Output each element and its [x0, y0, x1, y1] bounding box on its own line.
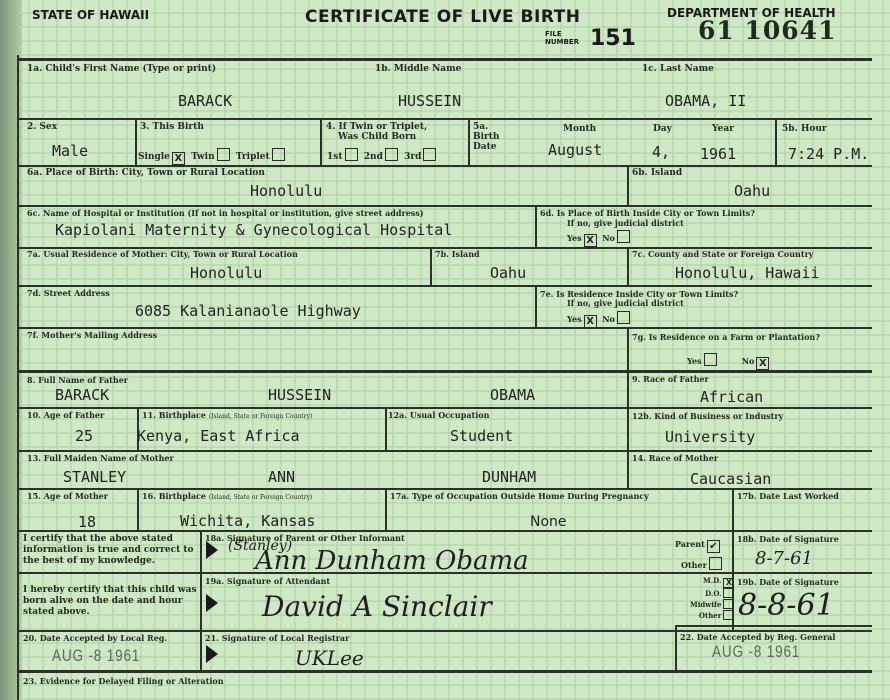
col-divider — [385, 488, 387, 530]
hospital-name: Kapiolani Maternity & Gynecological Hosp… — [55, 222, 452, 238]
twin-checkbox[interactable] — [217, 148, 230, 161]
midwife-checkbox[interactable] — [723, 599, 734, 609]
place-island-label: 6b. Island — [632, 168, 682, 178]
second-label: 2nd — [364, 152, 383, 162]
residence-county-label: 7c. County and State or Foreign Country — [632, 249, 813, 259]
number-label: NUMBER — [545, 38, 579, 46]
header-rule — [17, 58, 872, 61]
md-label: M.D. — [703, 576, 721, 585]
col-divider — [627, 165, 629, 205]
street-address: 6085 Kalanianaole Highway — [135, 303, 361, 319]
section-divider — [17, 370, 872, 373]
no-label: No — [742, 356, 755, 366]
col-divider — [200, 630, 202, 670]
father-first-name: BARACK — [55, 387, 109, 403]
mother-first-name: STANLEY — [63, 469, 126, 485]
row-divider — [17, 450, 872, 452]
twin-label: Twin — [191, 152, 214, 162]
row-divider — [675, 625, 872, 627]
mother-last-name: DUNHAM — [482, 469, 536, 485]
place-yes-checkbox[interactable]: X — [584, 234, 597, 247]
midwife-label: Midwife — [690, 600, 721, 609]
place-inside-limits-options: YesX No — [567, 230, 630, 247]
father-business: University — [665, 429, 755, 445]
row-divider — [17, 670, 872, 673]
father-birthplace-sublabel: (Island, State or Foreign Country) — [209, 413, 313, 420]
mother-occupation-label: 17a. Type of Occupation Outside Home Dur… — [390, 491, 649, 501]
local-registrar-signature[interactable]: UKLee — [295, 646, 364, 670]
first-checkbox[interactable] — [345, 148, 358, 161]
place-island: Oahu — [734, 183, 770, 199]
row-divider — [17, 118, 872, 120]
residence-inside-limits-options: YesX No — [567, 311, 630, 328]
file-label: FILE — [545, 30, 579, 38]
local-date-label: 20. Date Accepted by Local Reg. — [23, 633, 167, 643]
do-label: D.O. — [705, 589, 721, 598]
father-birthplace-label-text: 11. Birthplace — [142, 410, 206, 420]
farm-yes-checkbox[interactable] — [704, 353, 717, 366]
father-birthplace: Kenya, East Africa — [137, 428, 300, 444]
father-business-label: 12b. Kind of Business or Industry — [632, 411, 783, 421]
residence-city-label: 7a. Usual Residence of Mother: City, Tow… — [27, 249, 298, 259]
birth-date-label: 5a. Birth Date — [473, 122, 499, 152]
other-label: Other — [681, 560, 707, 570]
twin-order-label-line2: Was Child Born — [326, 132, 427, 142]
attendant-signature-label: 19a. Signature of Attendant — [205, 576, 330, 586]
do-checkbox[interactable] — [723, 588, 734, 598]
single-checkbox[interactable]: X — [172, 152, 185, 165]
sign-here-arrow-icon — [206, 541, 218, 559]
hospital-label: 6c. Name of Hospital or Institution (If … — [27, 208, 424, 218]
residence-island: Oahu — [490, 265, 526, 281]
informant-date: 8-7-61 — [755, 548, 813, 569]
father-race: African — [700, 389, 763, 405]
child-middle-name: HUSSEIN — [398, 93, 461, 109]
certificate-paper: STATE OF HAWAII CERTIFICATE OF LIVE BIRT… — [0, 0, 890, 700]
mother-birthplace: Wichita, Kansas — [180, 513, 315, 529]
second-checkbox[interactable] — [385, 148, 398, 161]
child-last-name: OBAMA, II — [665, 93, 746, 109]
col-divider — [675, 625, 677, 670]
col-divider — [627, 327, 629, 370]
file-number-label: FILE NUMBER — [545, 30, 579, 46]
col-divider — [775, 118, 777, 165]
farm-label: 7g. Is Residence on a Farm or Plantation… — [632, 332, 820, 342]
col-divider — [430, 247, 432, 285]
informant-date-label: 18b. Date of Signature — [737, 534, 839, 544]
child-middle-name-label: 1b. Middle Name — [375, 64, 461, 74]
attendant-date: 8-8-61 — [738, 588, 835, 623]
last-worked-label: 17b. Date Last Worked — [737, 491, 839, 501]
md-checkbox[interactable]: X — [723, 578, 734, 588]
triplet-label: Triplet — [236, 152, 270, 162]
parent-checkbox[interactable]: ✔ — [707, 540, 720, 553]
hour-label: 5b. Hour — [782, 124, 827, 134]
yes-label: Yes — [687, 356, 702, 366]
residence-city: Honolulu — [190, 265, 262, 281]
col-divider — [535, 205, 537, 247]
attendant-date-label: 19b. Date of Signature — [737, 577, 839, 587]
birth-day: 4, — [652, 144, 670, 160]
row-divider — [17, 530, 872, 532]
mother-age-label: 15. Age of Mother — [27, 491, 108, 501]
mother-race-label: 14. Race of Mother — [632, 453, 718, 463]
state-heading: STATE OF HAWAII — [32, 8, 149, 22]
place-city: Honolulu — [250, 183, 322, 199]
col-divider — [627, 450, 629, 488]
third-label: 3rd — [404, 152, 421, 162]
day-label: Day — [653, 124, 672, 134]
col-divider — [135, 118, 137, 165]
birth-date-label-line3: Date — [473, 142, 499, 152]
father-birthplace-label: 11. Birthplace (Island, State or Foreign… — [142, 410, 312, 422]
month-label: Month — [563, 124, 596, 134]
twin-order-label-line1: 4. If Twin or Triplet, — [326, 122, 427, 132]
mother-race: Caucasian — [690, 471, 771, 487]
twin-order-options: 1st 2nd 3rd — [327, 148, 436, 162]
row-divider — [17, 488, 872, 490]
mother-birthplace-label: 16. Birthplace (Island, State or Foreign… — [142, 491, 312, 503]
row-divider — [17, 407, 872, 409]
father-age-label: 10. Age of Father — [27, 410, 104, 420]
evidence-label: 23. Evidence for Delayed Filing or Alter… — [23, 676, 224, 686]
child-first-name-label: 1a. Child's First Name (Type or print) — [27, 64, 216, 74]
attendant-certification-text: I hereby certify that this child was bor… — [23, 585, 198, 618]
mother-birthplace-sublabel: (Island, State or Foreign Country) — [209, 494, 313, 501]
residence-county: Honolulu, Hawaii — [675, 265, 820, 281]
birth-year: 1961 — [700, 146, 736, 162]
birth-date-label-line1: 5a. — [473, 122, 499, 132]
yes-label: Yes — [567, 314, 582, 324]
col-divider — [468, 118, 470, 165]
father-name-label: 8. Full Name of Father — [27, 375, 128, 385]
this-birth-label: 3. This Birth — [140, 122, 204, 132]
farm-options: Yes NoX — [687, 353, 769, 370]
certificate-number: 61 10641 — [698, 16, 836, 45]
informant-certification-text: I certify that the above stated informat… — [23, 534, 198, 567]
general-date-label: 22. Date Accepted by Reg. General — [680, 632, 835, 642]
other-attendant-label: Other — [699, 611, 722, 620]
col-divider — [627, 370, 629, 408]
col-divider — [732, 488, 734, 530]
father-occupation: Student — [450, 428, 513, 444]
sign-here-arrow-icon — [206, 594, 218, 612]
mother-birthplace-label-text: 16. Birthplace — [142, 491, 206, 501]
single-label: Single — [138, 152, 170, 162]
father-occupation-label: 12a. Usual Occupation — [388, 410, 489, 420]
triplet-checkbox[interactable] — [272, 148, 285, 161]
col-divider — [137, 488, 139, 530]
child-last-name-label: 1c. Last Name — [642, 64, 714, 74]
sign-here-arrow-icon — [206, 645, 218, 663]
col-divider — [627, 247, 629, 285]
sex-value: Male — [52, 143, 88, 159]
other-informant-checkbox[interactable] — [709, 557, 722, 570]
sex-label: 2. Sex — [27, 122, 57, 132]
col-divider — [200, 530, 202, 630]
mailing-address-label: 7f. Mother's Mailing Address — [27, 330, 157, 340]
no-label: No — [602, 233, 615, 243]
street-address-label: 7d. Street Address — [27, 288, 110, 298]
residence-island-label: 7b. Island — [435, 249, 480, 259]
farm-no-checkbox[interactable]: X — [756, 357, 769, 370]
child-first-name: BARACK — [178, 93, 232, 109]
col-divider — [535, 285, 537, 327]
col-divider — [320, 118, 322, 165]
place-city-label: 6a. Place of Birth: City, Town or Rural … — [27, 168, 265, 178]
row-divider — [17, 205, 872, 207]
col-divider — [385, 407, 387, 450]
this-birth-options: SingleX Twin Triplet — [138, 148, 285, 165]
first-label: 1st — [327, 152, 343, 162]
no-label: No — [602, 314, 615, 324]
third-checkbox[interactable] — [423, 148, 436, 161]
local-registrar-signature-label: 21. Signature of Local Registrar — [205, 633, 349, 643]
mother-middle-name: ANN — [268, 469, 295, 485]
mother-occupation: None — [530, 514, 567, 530]
other-attendant-checkbox[interactable] — [723, 610, 734, 620]
mother-age: 18 — [78, 514, 96, 530]
place-inside-limits-label: 6d. Is Place of Birth Inside City or Tow… — [540, 208, 755, 218]
parent-option: Parent✔ — [675, 539, 720, 553]
file-number: 151 — [590, 26, 636, 51]
row-divider — [17, 285, 872, 287]
place-no-checkbox[interactable] — [617, 230, 630, 243]
attendant-signature[interactable]: David A Sinclair — [262, 590, 492, 623]
yes-label: Yes — [567, 233, 582, 243]
father-middle-name: HUSSEIN — [268, 387, 331, 403]
other-informant-option: Other — [681, 557, 722, 570]
attendant-type-options: M.D.X D.O. Midwife Other — [690, 576, 734, 621]
father-age: 25 — [75, 428, 93, 444]
row-divider — [17, 327, 872, 329]
father-race-label: 9. Race of Father — [632, 374, 709, 384]
local-date-stamp: AUG -8 1961 — [52, 646, 140, 666]
father-last-name: OBAMA — [490, 387, 535, 403]
residence-judicial-label: If no, give judicial district — [567, 298, 684, 308]
residence-no-checkbox[interactable] — [617, 311, 630, 324]
left-border — [17, 55, 19, 700]
col-divider — [627, 407, 629, 450]
certificate-title: CERTIFICATE OF LIVE BIRTH — [305, 7, 580, 27]
row-divider — [17, 165, 872, 167]
birth-date-label-line2: Birth — [473, 132, 499, 142]
birth-month: August — [548, 142, 602, 158]
general-date-stamp: AUG -8 1961 — [712, 642, 800, 662]
judicial-district-label: If no, give judicial district — [567, 218, 684, 228]
twin-order-label: 4. If Twin or Triplet, Was Child Born — [326, 122, 427, 142]
mother-name-label: 13. Full Maiden Name of Mother — [27, 453, 174, 463]
row-divider — [17, 572, 872, 574]
birth-hour: 7:24 P.M. — [788, 146, 869, 162]
parent-label: Parent — [675, 539, 705, 549]
year-label: Year — [712, 124, 734, 134]
